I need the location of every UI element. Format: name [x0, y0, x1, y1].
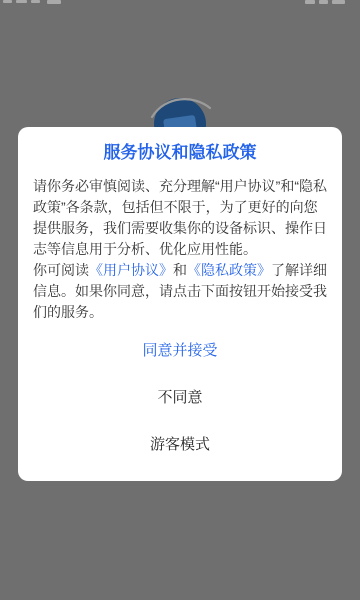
battery-icon-fragment — [332, 0, 345, 4]
guest-mode-button[interactable]: 游客模式 — [33, 421, 327, 468]
status-glyph-fragment — [31, 0, 40, 3]
dialog-body-text: 请你务必审慎阅读、充分理解“用户协议”和“隐私政策”各条款，包括但不限于，为了更… — [33, 176, 327, 323]
disagree-button[interactable]: 不同意 — [33, 374, 327, 421]
user-agreement-link[interactable]: 《用户协议》 — [89, 262, 173, 278]
status-glyph-fragment — [47, 0, 61, 4]
paragraph2-prefix: 你可阅读 — [33, 262, 89, 278]
signal-icon-fragment — [305, 0, 315, 4]
wifi-icon-fragment — [319, 0, 328, 4]
policy-paragraph-1: 请你务必审慎阅读、充分理解“用户协议”和“隐私政策”各条款，包括但不限于，为了更… — [33, 176, 327, 260]
status-bar — [0, 0, 360, 5]
privacy-policy-dialog: 服务协议和隐私政策 请你务必审慎阅读、充分理解“用户协议”和“隐私政策”各条款，… — [18, 127, 342, 481]
policy-paragraph-2: 你可阅读《用户协议》和《隐私政策》了解详细信息。如果你同意，请点击下面按钮开始接… — [33, 260, 327, 323]
status-glyph-fragment — [3, 0, 12, 3]
dialog-title: 服务协议和隐私政策 — [33, 144, 327, 162]
privacy-policy-link[interactable]: 《隐私政策》 — [187, 262, 271, 278]
agree-accept-button[interactable]: 同意并接受 — [33, 328, 327, 374]
paragraph2-mid: 和 — [173, 262, 187, 278]
status-glyph-fragment — [16, 0, 27, 3]
